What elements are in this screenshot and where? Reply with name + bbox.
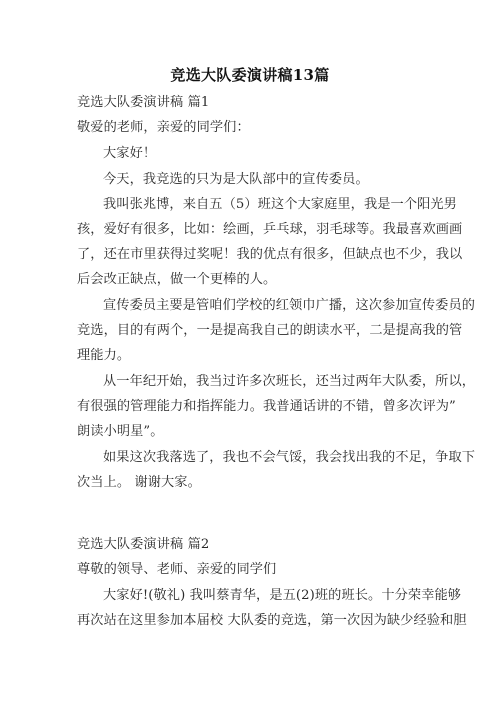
paragraph-line: 次当上。 谢谢大家。 — [77, 475, 425, 491]
paragraph-line: 如果这次我落选了，我也不会气馁，我会找出我的不足，争取下 — [103, 450, 451, 466]
greeting: 敬爱的老师，亲爱的同学们： — [77, 120, 425, 136]
paragraph-line: 大家好!(敬礼) 我叫蔡青华，是五(2)班的班长。十分荣幸能够 — [103, 588, 451, 604]
paragraph-line: 从一年纪开始，我当过许多次班长，还当过两年大队委，所以， — [103, 374, 451, 390]
paragraph-line: 今天，我竞选的只为是大队部中的宣传委员。 — [103, 172, 451, 188]
paragraph-line: 朗读小明星”。 — [77, 424, 425, 440]
section-heading: 竞选大队委演讲稿 篇1 — [77, 95, 425, 111]
section-heading: 竞选大队委演讲稿 篇2 — [77, 537, 425, 553]
paragraph-line: 后会改正缺点，做一个更棒的人。 — [77, 272, 425, 288]
paragraph-line: 有很强的管理能力和指挥能力。我普通话讲的不错，曾多次评为” — [77, 399, 425, 415]
paragraph-line: 理能力。 — [77, 348, 425, 364]
paragraph-line: 再次站在这里参加本届校 大队委的竞选，第一次因为缺少经验和胆 — [77, 613, 425, 629]
paragraph-line: 竞选，目的有两个，一是提高我自己的朗读水平，二是提高我的管 — [77, 323, 425, 339]
paragraph-line: 了，还在市里获得过奖呢！我的优点有很多，但缺点也不少，我以 — [77, 247, 425, 263]
paragraph-line: 宣传委员主要是管咱们学校的红领巾广播，这次参加宣传委员的 — [103, 298, 451, 314]
greeting: 尊敬的领导、老师、亲爱的同学们 — [77, 562, 425, 578]
paragraph-line: 大家好！ — [103, 146, 451, 162]
document-page: 竞选大队委演讲稿13篇 竞选大队委演讲稿 篇1 敬爱的老师，亲爱的同学们： 大家… — [0, 0, 500, 707]
document-title: 竞选大队委演讲稿13篇 — [0, 64, 500, 85]
paragraph-line: 我叫张兆博，来自五（5）班这个大家庭里，我是一个阳光男 — [103, 197, 451, 213]
paragraph-line: 孩，爱好有很多，比如：绘画，乒乓球，羽毛球等。我最喜欢画画 — [77, 222, 425, 238]
